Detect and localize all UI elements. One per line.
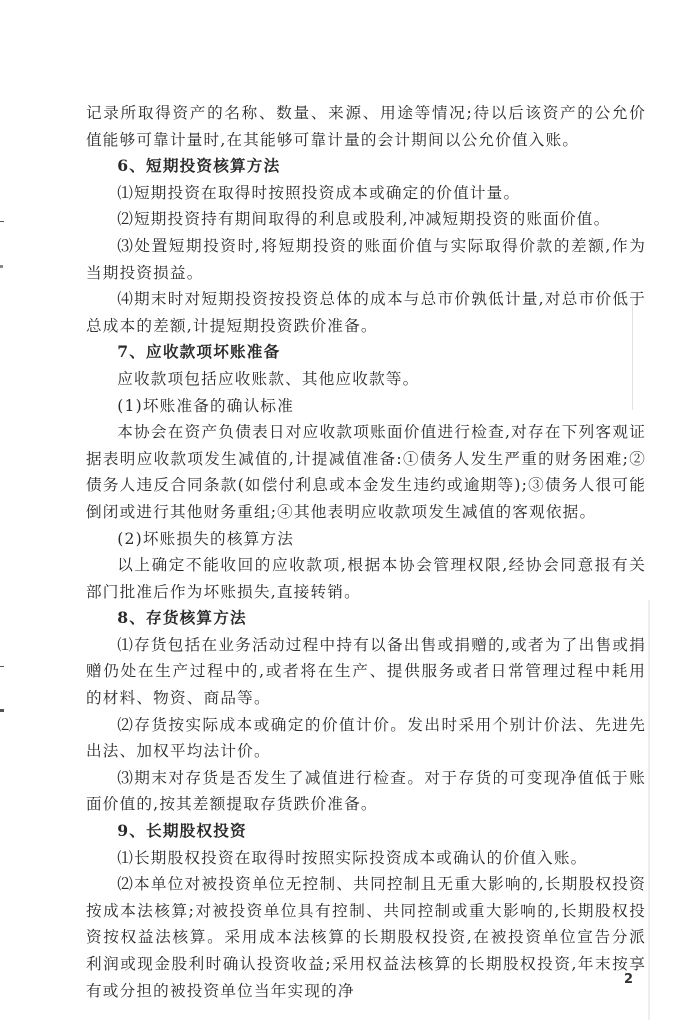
paragraph: ⑷期末时对短期投资按投资总体的成本与总市价孰低计量,对总市价低于总成本的差额,计… [86, 286, 646, 339]
document-page: 记录所取得资产的名称、数量、来源、用途等情况;待以后该资产的公允价值能够可靠计量… [0, 0, 699, 1026]
page-number: 2 [624, 972, 633, 987]
section-heading-9: 9、长期股权投资 [86, 818, 646, 845]
subheading: (2)坏账损失的核算方法 [86, 526, 646, 553]
scan-edge-line [648, 600, 650, 1020]
paragraph-continuation: 记录所取得资产的名称、数量、来源、用途等情况;待以后该资产的公允价值能够可靠计量… [86, 100, 646, 153]
paragraph: 应收款项包括应收账款、其他应收款等。 [86, 366, 646, 393]
paragraph: ⑵存货按实际成本或确定的价值计价。发出时采用个别计价法、先进先出法、加权平均法计… [86, 712, 646, 765]
section-heading-8: 8、存货核算方法 [86, 605, 646, 632]
paragraph: ⑵短期投资持有期间取得的利息或股利,冲减短期投资的账面价值。 [86, 206, 646, 233]
subheading: (1)坏账准备的确认标准 [86, 393, 646, 420]
paragraph: 以上确定不能收回的应收款项,根据本协会管理权限,经协会同意报有关部门批准后作为坏… [86, 552, 646, 605]
paragraph: ⑴存货包括在业务活动过程中持有以备出售或捐赠的,或者为了出售或捐赠仍处在生产过程… [86, 632, 646, 712]
document-body: 记录所取得资产的名称、数量、来源、用途等情况;待以后该资产的公允价值能够可靠计量… [86, 100, 646, 1004]
paragraph: 本协会在资产负债表日对应收款项账面价值进行检查,对存在下列客观证据表明应收款项发… [86, 419, 646, 525]
section-heading-6: 6、短期投资核算方法 [86, 153, 646, 180]
margin-mark [0, 221, 4, 222]
margin-mark [0, 709, 4, 712]
paragraph: ⑶处置短期投资时,将短期投资的账面价值与实际取得价款的差额,作为当期投资损益。 [86, 233, 646, 286]
margin-mark [0, 265, 3, 268]
paragraph: ⑴短期投资在取得时按照投资成本或确定的价值计量。 [86, 180, 646, 207]
paragraph: ⑴长期股权投资在取得时按照实际投资成本或确认的价值入账。 [86, 845, 646, 872]
paragraph: ⑵本单位对被投资单位无控制、共同控制且无重大影响的,长期股权投资按成本法核算;对… [86, 871, 646, 1004]
margin-mark [0, 666, 4, 667]
section-heading-7: 7、应收款项坏账准备 [86, 339, 646, 366]
paragraph: ⑶期末对存货是否发生了减值进行检查。对于存货的可变现净值低于账面价值的,按其差额… [86, 765, 646, 818]
